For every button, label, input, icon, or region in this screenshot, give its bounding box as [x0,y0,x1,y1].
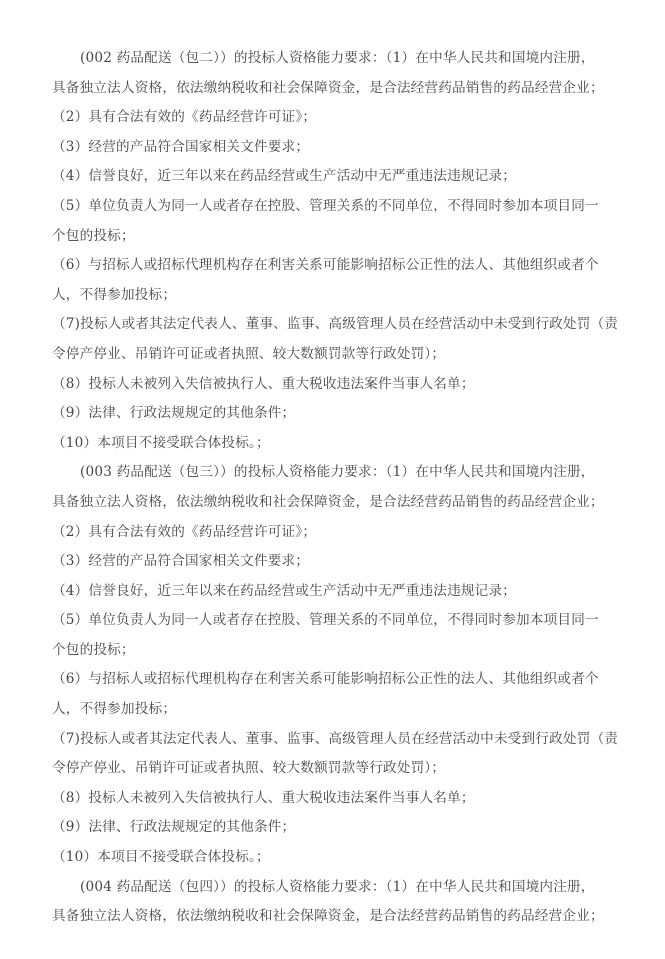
text-line: 令停产停业、吊销许可证或者执照、较大数额罚款等行政处罚）； [52,754,592,784]
text-line: 具备独立法人资格，依法缴纳税收和社会保障资金，是合法经营药品销售的药品经营企业； [52,488,592,518]
requirement-item-7: （7)投标人或者其法定代表人、董事、监事、高级管理人员在经营活动中未受到行政处罚… [52,725,592,755]
section-package-3: (003 药品配送（包三））的投标人资格能力要求：（1）在中华人民共和国境内注册… [52,458,592,872]
requirement-item-10: （10）本项目不接受联合体投标。； [52,843,592,873]
section-heading-line: (004 药品配送（包四））的投标人资格能力要求：（1）在中华人民共和国境内注册… [52,873,592,903]
requirement-item-8: （8）投标人未被列入失信被执行人、重大税收违法案件当事人名单； [52,784,592,814]
section-package-2: (002 药品配送（包二））的投标人资格能力要求：（1）在中华人民共和国境内注册… [52,44,592,458]
text-line: 个包的投标； [52,222,592,252]
requirement-item-6: （6）与招标人或招标代理机构存在利害关系可能影响招标公正性的法人、其他组织或者个 [52,665,592,695]
requirement-item-2: （2）具有合法有效的《药品经营许可证》； [52,518,592,548]
requirement-item-3: （3）经营的产品符合国家相关文件要求； [52,547,592,577]
requirement-item-4: （4）信誉良好，近三年以来在药品经营或生产活动中无严重违法违规记录； [52,162,592,192]
requirement-item-5: （5）单位负责人为同一人或者存在控股、管理关系的不同单位，不得同时参加本项目同一 [52,606,592,636]
text-line: 令停产停业、吊销许可证或者执照、较大数额罚款等行政处罚）； [52,340,592,370]
section-heading-line: (003 药品配送（包三））的投标人资格能力要求：（1）在中华人民共和国境内注册… [52,458,592,488]
section-heading-line: (002 药品配送（包二））的投标人资格能力要求：（1）在中华人民共和国境内注册… [52,44,592,74]
text-line: 具备独立法人资格，依法缴纳税收和社会保障资金，是合法经营药品销售的药品经营企业； [52,902,592,932]
requirement-item-7: （7)投标人或者其法定代表人、董事、监事、高级管理人员在经营活动中未受到行政处罚… [52,310,592,340]
requirement-item-10: （10）本项目不接受联合体投标。； [52,429,592,459]
text-line: 个包的投标； [52,636,592,666]
text-line: 人，不得参加投标； [52,695,592,725]
document-page: (002 药品配送（包二））的投标人资格能力要求：（1）在中华人民共和国境内注册… [0,0,665,959]
requirement-item-9: （9）法律、行政法规规定的其他条件； [52,399,592,429]
document-body: (002 药品配送（包二））的投标人资格能力要求：（1）在中华人民共和国境内注册… [52,44,592,932]
requirement-item-5: （5）单位负责人为同一人或者存在控股、管理关系的不同单位，不得同时参加本项目同一 [52,192,592,222]
requirement-item-6: （6）与招标人或招标代理机构存在利害关系可能影响招标公正性的法人、其他组织或者个 [52,251,592,281]
requirement-item-4: （4）信誉良好，近三年以来在药品经营或生产活动中无严重违法违规记录； [52,577,592,607]
section-package-4: (004 药品配送（包四））的投标人资格能力要求：（1）在中华人民共和国境内注册… [52,873,592,932]
requirement-item-8: （8）投标人未被列入失信被执行人、重大税收违法案件当事人名单； [52,370,592,400]
requirement-item-2: （2）具有合法有效的《药品经营许可证》； [52,103,592,133]
text-line: 具备独立法人资格，依法缴纳税收和社会保障资金，是合法经营药品销售的药品经营企业； [52,74,592,104]
requirement-item-9: （9）法律、行政法规规定的其他条件； [52,813,592,843]
text-line: 人，不得参加投标； [52,281,592,311]
requirement-item-3: （3）经营的产品符合国家相关文件要求； [52,133,592,163]
